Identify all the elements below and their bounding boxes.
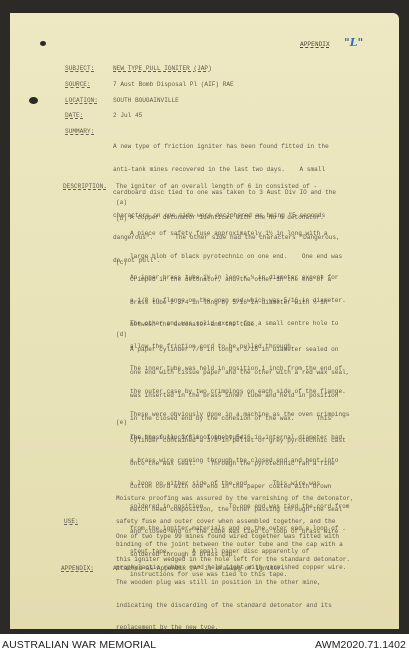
subject-label: SUBJECT: — [65, 65, 94, 72]
use-label: USE: — [64, 518, 79, 525]
source-value: 7 Aust Bomb Disposal Pl (AIF) RAE — [113, 81, 234, 88]
source-label: SOURCE: — [65, 81, 91, 88]
location-value: SOUTH BOUGAINVILLE — [113, 97, 179, 104]
appendix-handwritten-mark: "L" — [344, 36, 363, 49]
item-a-marker: (a) — [116, 199, 127, 207]
item-d-marker: (d) — [116, 331, 127, 339]
appendix-text: Attached as Appendix "A" is drawing of i… — [113, 565, 285, 572]
appendix-heading: APPENDIX — [300, 41, 330, 48]
document-page: APPENDIX "L" SUBJECT: NEW TYPE PULL IGNI… — [10, 13, 399, 629]
use-text: One of two type 99 mines found wired tog… — [116, 518, 350, 647]
subject-value: NEW TYPE PULL IGNITER (JAP) — [113, 65, 212, 72]
appendix-label: APPENDIX: — [61, 565, 94, 572]
footer-institution: AUSTRALIAN WAR MEMORIAL — [2, 639, 156, 651]
punch-hole-middle — [29, 97, 38, 104]
description-label: DESCRIPTION. — [63, 183, 107, 190]
summary-label: SUMMARY: — [65, 128, 94, 135]
date-label: DATE: — [65, 112, 83, 119]
item-e-marker: (e) — [116, 419, 127, 427]
item-c-marker: (c) — [116, 259, 127, 267]
description-intro: The igniter of an overall length of 6 in… — [116, 183, 317, 190]
date-value: 2 Jul 45 — [113, 112, 142, 119]
footer-accession-number: AWM2020.71.1402 — [315, 639, 406, 651]
punch-hole-top — [40, 41, 46, 46]
location-label: LOCATION: — [65, 97, 98, 104]
item-b-marker: (b) — [116, 215, 127, 223]
